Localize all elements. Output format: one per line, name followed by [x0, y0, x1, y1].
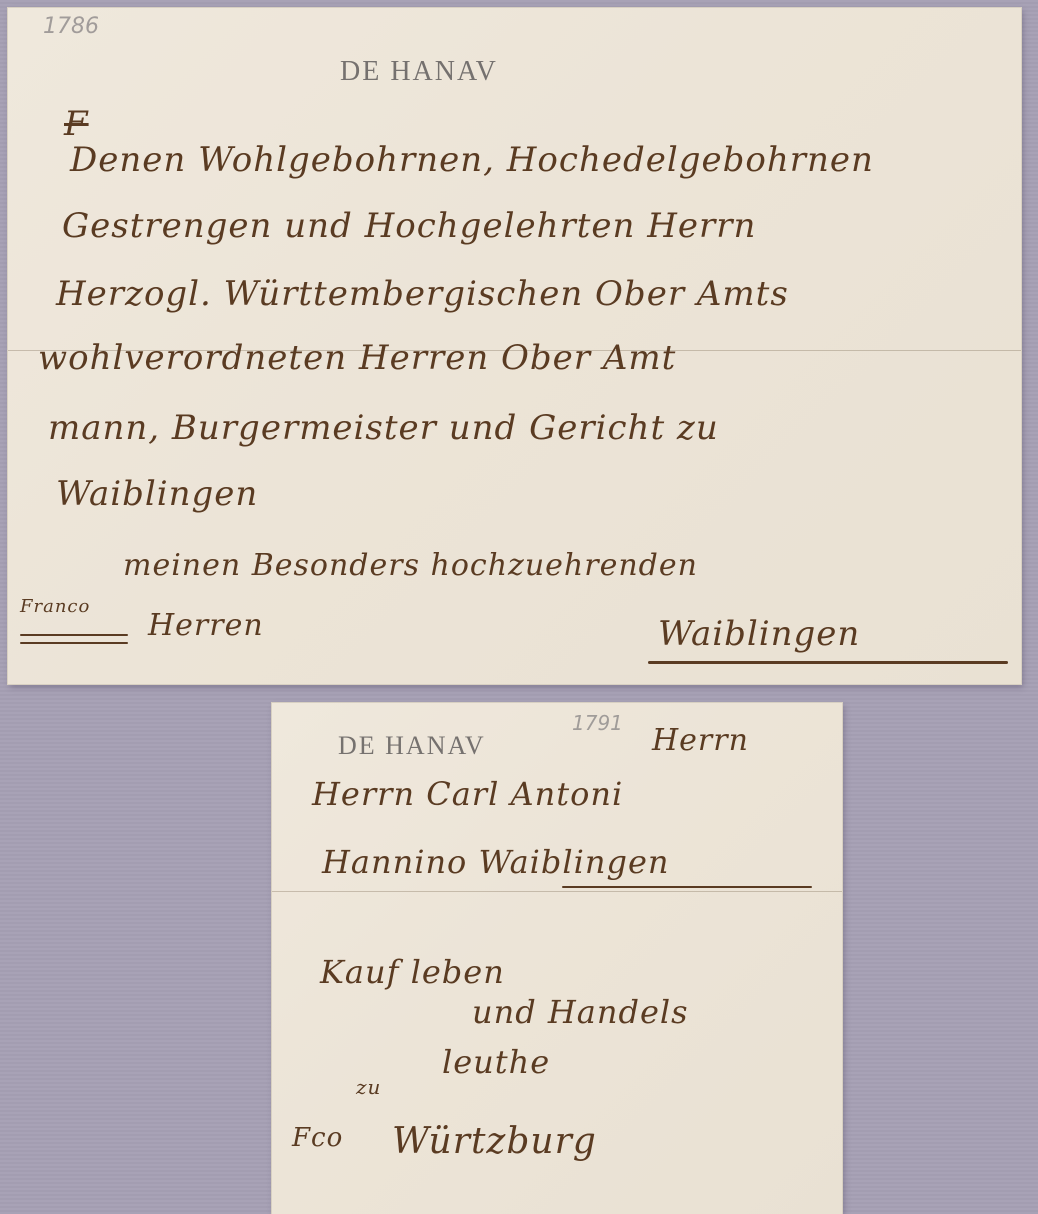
- address-line: Denen Wohlgebohrnen, Hochedelgebohrnen: [70, 140, 874, 180]
- underline: [562, 886, 812, 888]
- year-note: 1786: [43, 14, 99, 39]
- destination: Waiblingen: [658, 614, 860, 654]
- letter-cover-1791: DE HANAV 1791 Herrn Herrn Carl Antoni Ha…: [272, 703, 842, 1214]
- fold-line: [272, 891, 842, 892]
- underline: [20, 642, 128, 644]
- franco-note: Franco: [20, 596, 90, 617]
- address-line: Herzogl. Württembergischen Ober Amts: [56, 274, 789, 314]
- address-line: leuthe: [442, 1043, 550, 1081]
- letter-cover-1786: 1786 DE HANAV F Denen Wohlgebohrnen, Hoc…: [8, 8, 1021, 684]
- address-line: Kauf leben: [320, 953, 505, 991]
- address-line: Waiblingen: [56, 474, 258, 514]
- destination: Würtzburg: [392, 1121, 597, 1162]
- year-note: 1791: [572, 711, 623, 735]
- address-line: Hannino Waiblingen: [322, 843, 670, 881]
- address-line: und Handels: [472, 993, 689, 1031]
- address-line: Herrn Carl Antoni: [312, 775, 623, 813]
- address-line: zu: [356, 1075, 381, 1099]
- postmark-stamp: DE HANAV: [340, 56, 498, 88]
- address-line: meinen Besonders hochzuehrenden: [123, 548, 698, 583]
- franco-note: Fco: [292, 1123, 343, 1153]
- address-line: Herrn: [652, 723, 749, 758]
- underline: [20, 634, 128, 636]
- destination-underline: [648, 661, 1008, 664]
- address-line: Herren: [148, 608, 264, 643]
- address-line: mann, Burgermeister und Gericht zu: [48, 408, 719, 448]
- postmark-stamp: DE HANAV: [338, 731, 486, 761]
- address-line: Gestrengen und Hochgelehrten Herrn: [62, 206, 756, 246]
- rate-mark: F: [64, 104, 89, 144]
- address-line: wohlverordneten Herren Ober Amt: [38, 338, 676, 378]
